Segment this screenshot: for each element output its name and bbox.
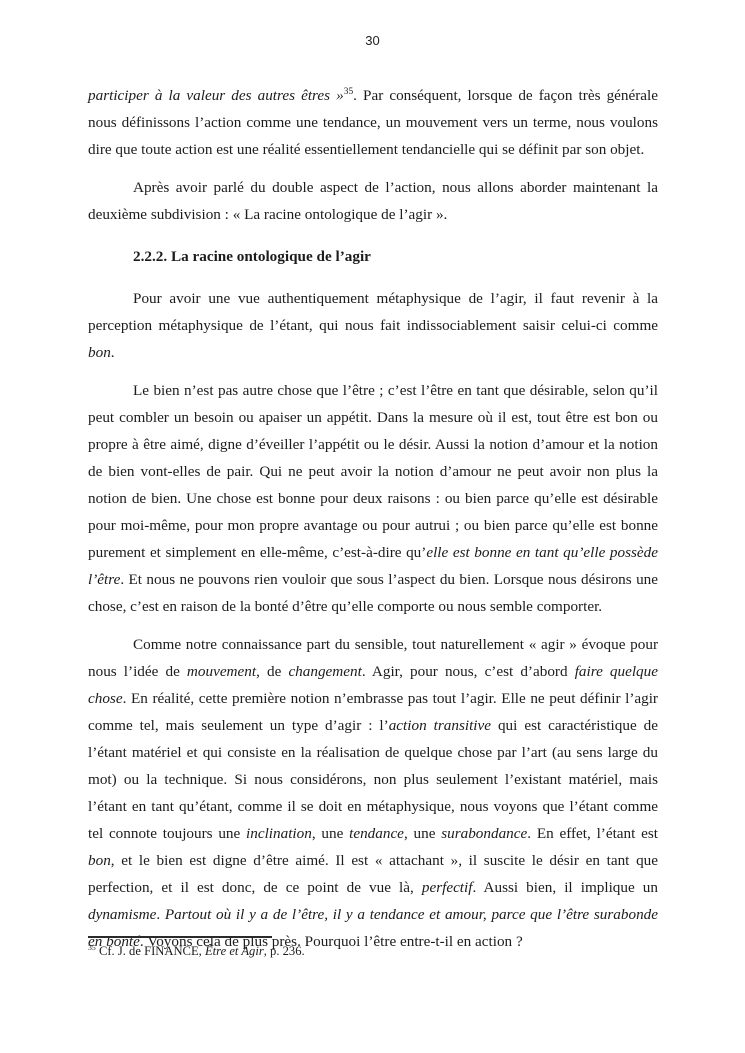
- footnote-separator: [88, 936, 272, 938]
- text-segment: 35: [88, 943, 96, 952]
- text-segment: , p. 236.: [264, 944, 305, 958]
- paragraph: participer à la valeur des autres êtres …: [88, 82, 658, 163]
- footnote-area: 35 Cf. J. de FINANCE, Être et Agir, p. 2…: [88, 936, 658, 960]
- text-segment: , une: [404, 825, 441, 842]
- text-segment: tendance: [349, 825, 404, 842]
- text-segment: 35: [344, 87, 353, 97]
- text-segment: .: [156, 906, 165, 923]
- paragraph: Après avoir parlé du double aspect de l’…: [88, 174, 658, 228]
- text-segment: qui est caractéristique de l’étant matér…: [88, 717, 658, 842]
- paragraph: Pour avoir une vue authentiquement métap…: [88, 285, 658, 366]
- text-segment: Pour avoir une vue authentiquement métap…: [88, 290, 658, 334]
- paragraph: Le bien n’est pas autre chose que l’être…: [88, 377, 658, 620]
- text-segment: participer à la valeur des autres êtres …: [88, 87, 344, 104]
- text-segment: . En effet, l’étant est: [527, 825, 658, 842]
- text-segment: dynamisme: [88, 906, 156, 923]
- text-segment: surabondance: [441, 825, 527, 842]
- text-segment: Le bien n’est pas autre chose que l’être…: [88, 382, 658, 561]
- document-body: participer à la valeur des autres êtres …: [88, 82, 658, 966]
- page-number: 30: [0, 33, 745, 48]
- text-segment: Cf. J. de FINANCE,: [96, 944, 205, 958]
- text-segment: , une: [312, 825, 349, 842]
- text-segment: inclination: [246, 825, 312, 842]
- text-segment: perfectif: [422, 879, 473, 896]
- section-heading: 2.2.2. La racine ontologique de l’agir: [88, 243, 658, 270]
- text-segment: .: [111, 344, 115, 361]
- text-segment: , de: [256, 663, 288, 680]
- text-segment: . Et nous ne pouvons rien vouloir que so…: [88, 571, 658, 615]
- paragraph: Comme notre connaissance part du sensibl…: [88, 631, 658, 955]
- text-segment: bon: [88, 852, 111, 869]
- footnote-text: 35 Cf. J. de FINANCE, Être et Agir, p. 2…: [88, 943, 658, 960]
- text-segment: 2.2.2. La racine ontologique de l’agir: [133, 248, 371, 265]
- text-segment: Être et Agir: [205, 944, 264, 958]
- text-segment: mouvement: [187, 663, 256, 680]
- text-segment: changement: [288, 663, 361, 680]
- text-segment: bon: [88, 344, 111, 361]
- text-segment: action transitive: [389, 717, 491, 734]
- text-segment: . Agir, pour nous, c’est d’abord: [362, 663, 575, 680]
- text-segment: . Aussi bien, il implique un: [472, 879, 658, 896]
- text-segment: Après avoir parlé du double aspect de l’…: [88, 179, 658, 223]
